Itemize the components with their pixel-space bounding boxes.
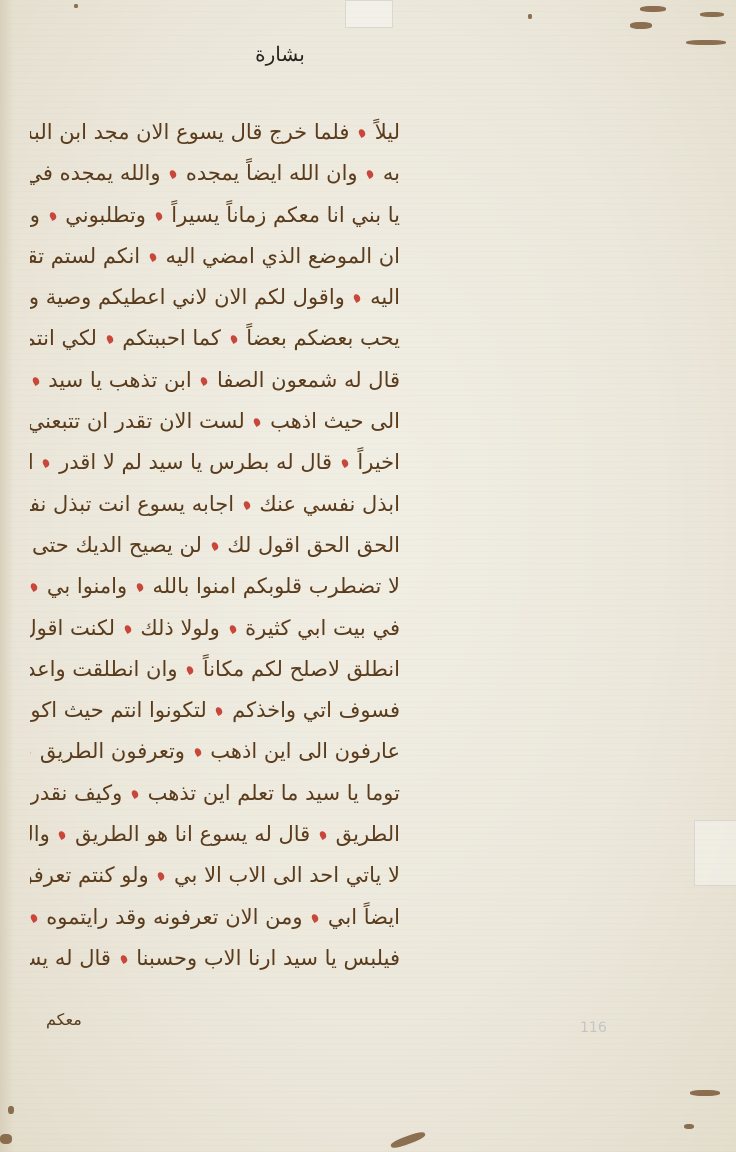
- rubric-mark: [229, 335, 238, 345]
- text-line: توما يا سيد ما تعلم اين تذهب وكيف نقدر ا…: [30, 773, 400, 814]
- ink-stain: [528, 14, 532, 19]
- text-line: قال له شمعون الصفا ابن تذهب يا سيد اجاب …: [30, 360, 400, 401]
- rubric-mark: [154, 211, 163, 221]
- folio-number: 116: [580, 1020, 607, 1036]
- text-line: ايضاً ابي ومن الان تعرفونه وقد رايتموه ق…: [30, 897, 400, 938]
- rubric-mark: [48, 211, 57, 221]
- text-line: الى حيث اذهب لست الان تقدر ان تتبعني لكن…: [30, 401, 400, 442]
- text-line: انطلق لاصلح لكم مكاناً وان انطلقت واعددت…: [30, 649, 400, 690]
- rubric-mark: [242, 500, 251, 510]
- rubric-mark: [30, 747, 32, 757]
- ink-stain: [684, 1124, 694, 1129]
- text-line: يا بني انا معكم زماناً يسيراً وتطلبوني و…: [30, 195, 400, 236]
- rubric-mark: [366, 169, 375, 179]
- ink-stain: [390, 1130, 427, 1150]
- rubric-mark: [119, 954, 128, 964]
- text-line: اليه واقول لكم الان لاني اعطيكم وصية واح…: [30, 277, 400, 318]
- rubric-mark: [253, 417, 262, 427]
- text-line: ابذل نفسي عنك اجابه يسوع انت تبذل نفسك ف…: [30, 484, 400, 525]
- text-line: في بيت ابي كثيرة ولولا ذلك لكنت اقول لكم…: [30, 608, 400, 649]
- rubric-mark: [30, 582, 39, 592]
- rubric-mark: [135, 582, 144, 592]
- rubric-mark: [193, 747, 202, 757]
- rubric-mark: [169, 169, 178, 179]
- rubric-mark: [357, 128, 366, 138]
- ink-stain: [686, 40, 726, 45]
- text-line: الطريق قال له يسوع انا هو الطريق والحق و…: [30, 814, 400, 855]
- rubric-mark: [311, 913, 320, 923]
- rubric-mark: [340, 458, 349, 468]
- rubric-mark: [186, 665, 195, 675]
- text-line: لا ياتي احد الى الاب الا بي ولو كنتم تعر…: [30, 855, 400, 896]
- rubric-mark: [30, 913, 38, 923]
- ink-stain: [8, 1106, 14, 1114]
- repair-tape: [694, 820, 736, 886]
- rubric-mark: [210, 541, 219, 551]
- ink-stain: [74, 4, 78, 8]
- text-line: فسوف اتي واخذكم لتكونوا انتم حيث اكون ان…: [30, 690, 400, 731]
- rubric-mark: [215, 706, 224, 716]
- manuscript-page: بشارة ليلاً فلما خرج قال يسوع الان مجد ا…: [0, 0, 736, 1152]
- manuscript-text-block: ليلاً فلما خرج قال يسوع الان مجد ابن الب…: [30, 112, 400, 979]
- ink-stain: [700, 12, 724, 17]
- rubric-mark: [157, 871, 166, 881]
- rubric-mark: [200, 376, 209, 386]
- ink-stain: [690, 1090, 720, 1096]
- rubric-mark: [31, 376, 40, 386]
- text-line: اخيراً قال له بطرس يا سيد لم لا اقدر الا…: [30, 442, 400, 483]
- rubric-mark: [353, 293, 362, 303]
- text-line: يحب بعضكم بعضاً كما احببتكم لكي انتم ايض…: [30, 318, 400, 359]
- rubric-mark: [42, 458, 51, 468]
- text-line: ان الموضع الذي امضي اليه انكم لستم تقدرو…: [30, 236, 400, 277]
- text-line: عارفون الى اين اذهب وتعرفون الطريق قال ل…: [30, 731, 400, 772]
- catchword: معكم: [46, 1010, 82, 1029]
- text-line: ليلاً فلما خرج قال يسوع الان مجد ابن الب…: [30, 112, 400, 153]
- rubric-mark: [105, 335, 114, 345]
- rubric-mark: [130, 789, 139, 799]
- text-line: به وان الله ايضاً يمجده والله يمجده في ذ…: [30, 153, 400, 194]
- ink-stain: [0, 1134, 12, 1144]
- ink-stain: [640, 6, 666, 12]
- repair-tape: [345, 0, 393, 28]
- page-heading: بشارة: [250, 42, 310, 66]
- text-line: لا تضطرب قلوبكم امنوا بالله وامنوا بي لا…: [30, 566, 400, 607]
- rubric-mark: [228, 624, 237, 634]
- rubric-mark: [318, 830, 327, 840]
- ink-stain: [630, 22, 652, 29]
- rubric-mark: [58, 830, 67, 840]
- page-gutter-shadow: [0, 0, 14, 1152]
- text-line: الحق الحق اقول لك لن يصيح الديك حتى تنكر…: [30, 525, 400, 566]
- rubric-mark: [148, 252, 157, 262]
- text-line: فيلبس يا سيد ارنا الاب وحسبنا قال له يسو…: [30, 938, 400, 979]
- rubric-mark: [123, 624, 132, 634]
